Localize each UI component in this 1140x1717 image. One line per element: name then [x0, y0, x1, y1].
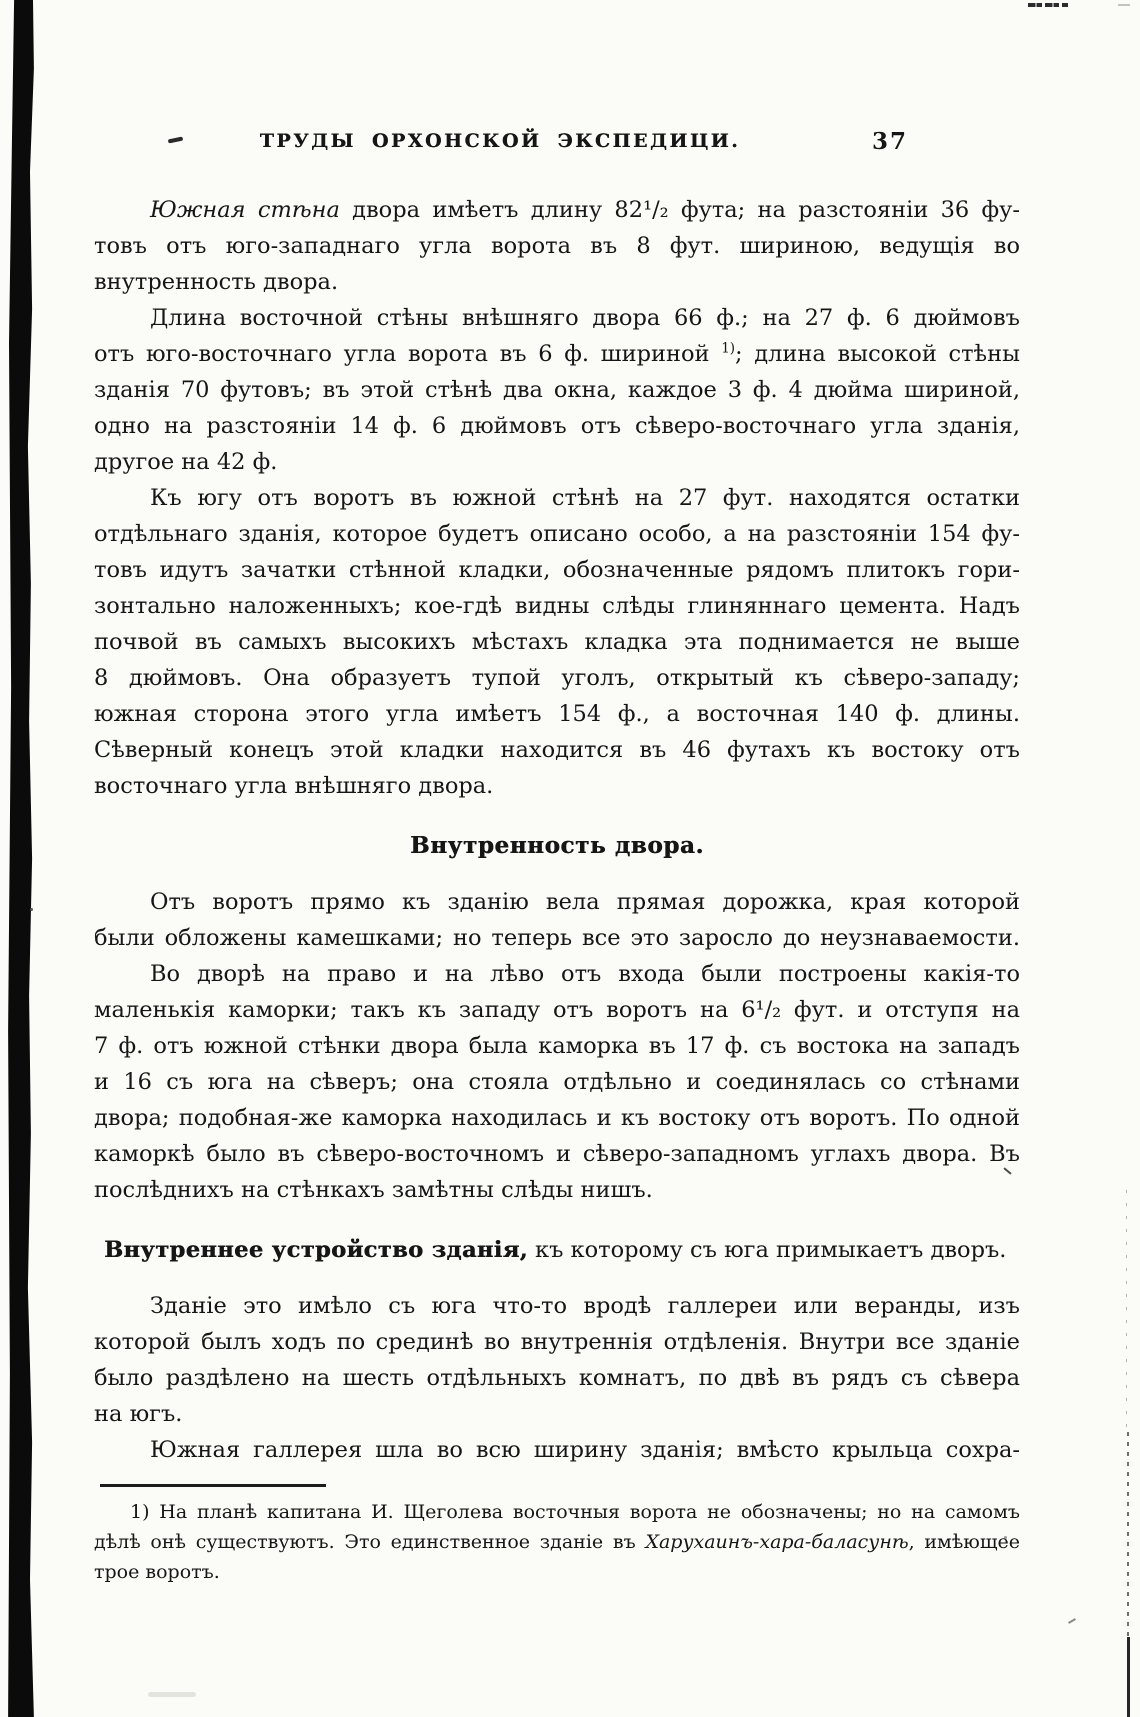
- page-edge-artifact-upper: [1126, 1190, 1127, 1430]
- text-line: на югъ.: [94, 1396, 1020, 1432]
- text-segment-i: Южная стѣна: [150, 197, 340, 223]
- footnote: 1) На планѣ капитана И. Щеголева восточн…: [94, 1497, 1020, 1587]
- ink-speck-left-margin: [30, 908, 33, 911]
- scanned-book-page: ТРУДЫ ОРХОНСКОЙ ЭКСПЕДИЦИ. 37 Южная стѣн…: [0, 0, 1140, 1717]
- paragraph: Къ югу отъ воротъ въ южной стѣнѣ на 27 ф…: [94, 480, 1020, 804]
- text-line: Во дворѣ на право и на лѣво отъ входа бы…: [94, 956, 1020, 992]
- text-line: было раздѣлено на шесть отдѣльныхъ комна…: [94, 1360, 1020, 1396]
- text-line: Южная стѣна двора имѣетъ длину 82¹/₂ фут…: [94, 192, 1020, 228]
- smudge-bottom-left: [148, 1692, 196, 1697]
- text-line: Сѣверный конецъ этой кладки находится въ…: [94, 732, 1020, 768]
- text-segment-hb: Внутреннее устройство зданія,: [104, 1237, 528, 1263]
- text-line: внутренность двора.: [94, 264, 1020, 300]
- text-line: другое на 42 ф.: [94, 444, 1020, 480]
- text-segment-i: Харухаинъ-хара-баласунѣ: [645, 1531, 908, 1553]
- paragraph: Отъ воротъ прямо къ зданію вела прямая д…: [94, 884, 1020, 956]
- section-heading: Внутренность двора.: [94, 828, 1020, 864]
- page-body: Южная стѣна двора имѣетъ длину 82¹/₂ фут…: [94, 192, 1020, 1587]
- text-line: почвой въ самыхъ высокихъ мѣстахъ кладка…: [94, 624, 1020, 660]
- text-line: Къ югу отъ воротъ въ южной стѣнѣ на 27 ф…: [94, 480, 1020, 516]
- text-line: южная сторона этого угла имѣетъ 154 ф., …: [94, 696, 1020, 732]
- text-line: Южная галлерея шла во всю ширину зданія;…: [94, 1432, 1020, 1468]
- ink-speck-top-right: [1028, 3, 1068, 7]
- text-line: одно на разстояніи 14 ф. 6 дюймовъ отъ с…: [94, 408, 1020, 444]
- running-header-title: ТРУДЫ ОРХОНСКОЙ ЭКСПЕДИЦИ.: [260, 130, 741, 152]
- paragraph: Южная галлерея шла во всю ширину зданія;…: [94, 1432, 1020, 1468]
- text-line: были обложены камешками; но теперь все э…: [94, 920, 1020, 956]
- text-line: дѣлѣ онѣ существуютъ. Это единственное з…: [94, 1527, 1020, 1557]
- page-edge-artifact-mid: [1127, 1432, 1129, 1637]
- text-line: зонтально наложенныхъ; кое-гдѣ видны слѣ…: [94, 588, 1020, 624]
- text-line: которой былъ ходъ по срединѣ во внутренн…: [94, 1324, 1020, 1360]
- footnote-rule: [100, 1484, 326, 1487]
- paragraph: Длина восточной стѣны внѣшняго двора 66 …: [94, 300, 1020, 480]
- page-number: 37: [872, 128, 908, 155]
- text-segment-sup: 1): [721, 341, 735, 357]
- page-edge-artifact-bottom: [1127, 1637, 1130, 1717]
- text-line: Длина восточной стѣны внѣшняго двора 66 …: [94, 300, 1020, 336]
- text-line: отъ юго-восточнаго угла ворота въ 6 ф. ш…: [94, 336, 1020, 372]
- text-line: Отъ воротъ прямо къ зданію вела прямая д…: [94, 884, 1020, 920]
- text-line: трое воротъ.: [94, 1557, 1020, 1587]
- text-line: двора; подобная-же каморка находилась и …: [94, 1100, 1020, 1136]
- text-line: Зданіе это имѣло съ юга что-то вродѣ гал…: [94, 1288, 1020, 1324]
- text-line: 7 ф. отъ южной стѣнки двора была каморка…: [94, 1028, 1020, 1064]
- running-header: ТРУДЫ ОРХОНСКОЙ ЭКСПЕДИЦИ. 37: [94, 128, 1020, 164]
- text-line: восточнаго угла внѣшняго двора.: [94, 768, 1020, 804]
- text-line: каморкѣ было въ сѣверо-восточномъ и сѣве…: [94, 1136, 1020, 1172]
- text-line: 1) На планѣ капитана И. Щеголева восточн…: [94, 1497, 1020, 1527]
- paragraph: Южная стѣна двора имѣетъ длину 82¹/₂ фут…: [94, 192, 1020, 300]
- text-line: 8 дюймовъ. Она образуетъ тупой уголъ, от…: [94, 660, 1020, 696]
- text-line: маленькія каморки; такъ къ западу отъ во…: [94, 992, 1020, 1028]
- text-line: послѣднихъ на стѣнкахъ замѣтны слѣды ниш…: [94, 1172, 1020, 1208]
- paragraph: Зданіе это имѣло съ юга что-то вродѣ гал…: [94, 1288, 1020, 1432]
- text-line: товъ идутъ зачатки стѣнной кладки, обозн…: [94, 552, 1020, 588]
- section-heading: Внутреннее устройство зданія, къ котором…: [104, 1232, 1020, 1268]
- ink-speck-top-right-faint: [1118, 4, 1130, 6]
- text-line: товъ отъ юго-западнаго угла ворота въ 8 …: [94, 228, 1020, 264]
- text-line: и 16 съ юга на сѣверъ; она стояла отдѣль…: [94, 1064, 1020, 1100]
- text-column: ТРУДЫ ОРХОНСКОЙ ЭКСПЕДИЦИ. 37 Южная стѣн…: [94, 128, 1020, 1587]
- text-line: зданія 70 футовъ; въ этой стѣнѣ два окна…: [94, 372, 1020, 408]
- ink-speck-lower-right: [1068, 1618, 1076, 1624]
- paragraph: Во дворѣ на право и на лѣво отъ входа бы…: [94, 956, 1020, 1208]
- text-line: отдѣльнаго зданія, которое будетъ описан…: [94, 516, 1020, 552]
- binding-shadow-band: [6, 0, 36, 1717]
